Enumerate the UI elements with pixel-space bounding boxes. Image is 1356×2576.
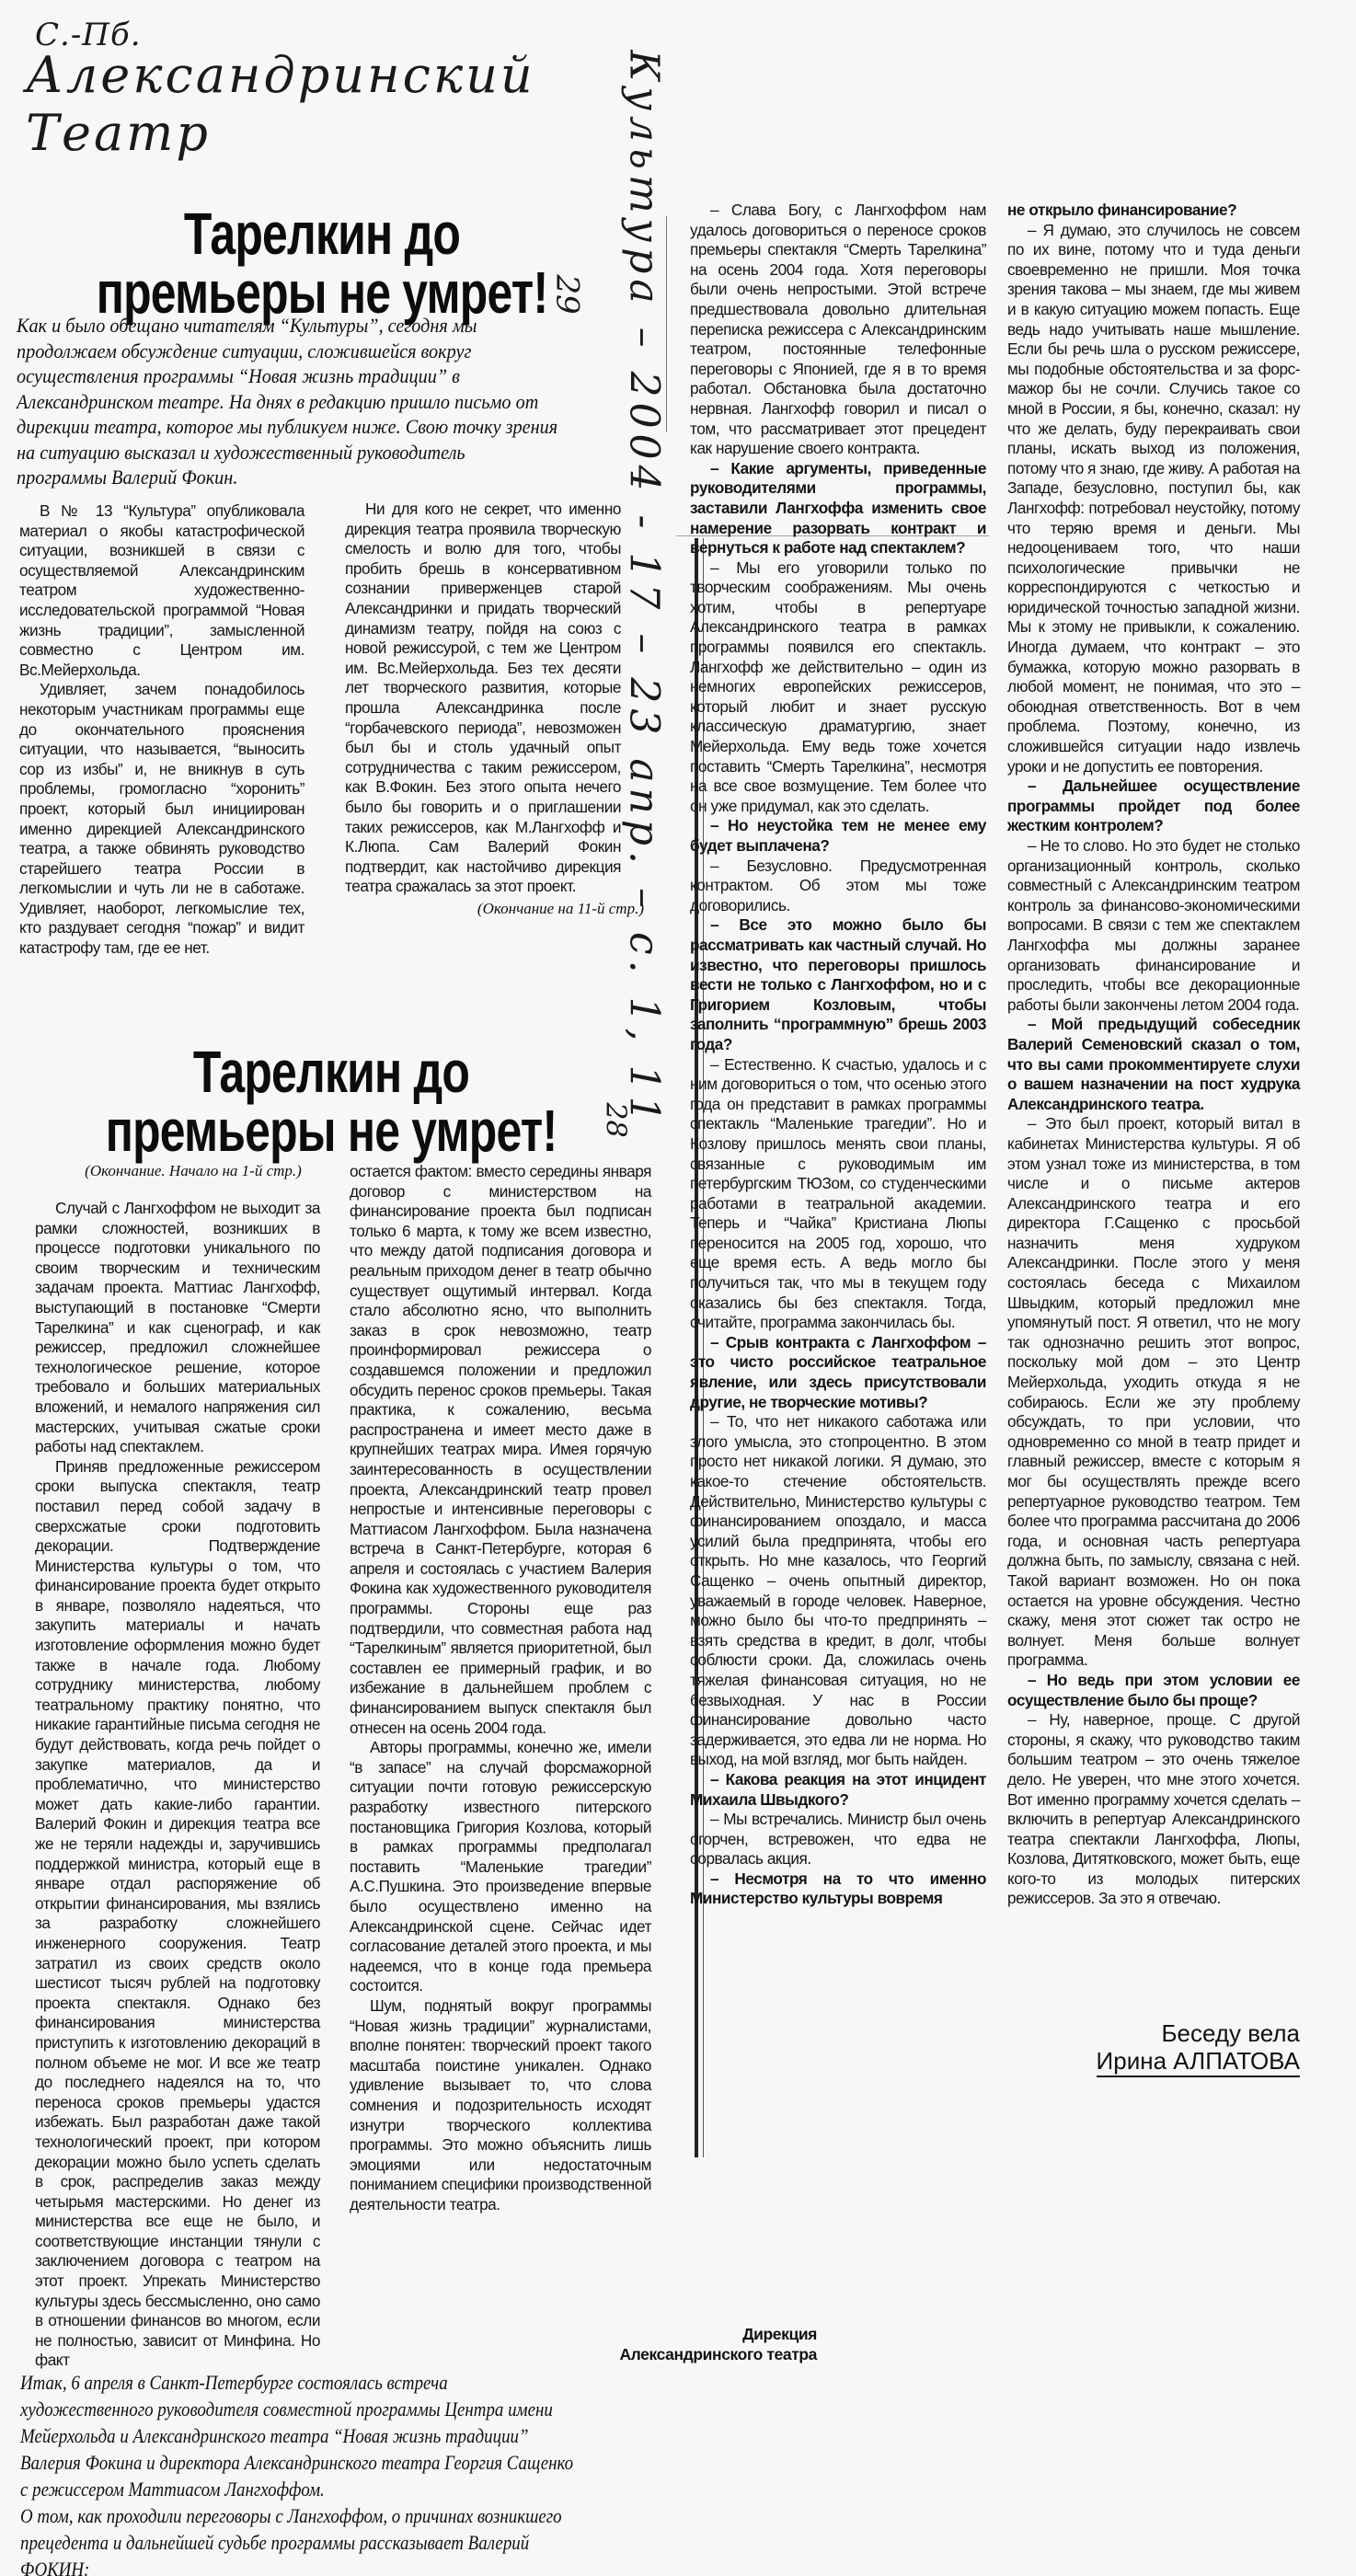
paragraph: остается фактом: вместо середины января … — [350, 1162, 651, 1738]
answer: – Мы встречались. Министр был очень огор… — [690, 1810, 986, 1869]
paragraph: Шум, поднятый вокруг программы “Новая жи… — [350, 1996, 651, 2215]
answer: – Безусловно. Предусмотренная контрактом… — [690, 857, 986, 916]
answer: – Это был проект, который витал в кабине… — [1007, 1114, 1300, 1671]
interview-byline: Беседу вела Ирина АЛПАТОВА — [1007, 2019, 1300, 2077]
paragraph: Приняв предложенные режиссером сроки вып… — [35, 1457, 320, 2371]
answer: – То, что нет никакого саботажа или злог… — [690, 1412, 986, 1770]
question: – Но неустойка тем не менее ему будет вы… — [690, 816, 986, 856]
paragraph: Удивляет, зачем понадобилось некоторым у… — [19, 680, 305, 958]
question: – Какова реакция на этот инцидент Михаил… — [690, 1770, 986, 1810]
paragraph: Авторы программы, конечно же, имели “в з… — [350, 1738, 651, 1996]
continued-column-1: Случай с Лангхоффом не выходит за рамки … — [35, 1199, 320, 2371]
interview-column-2: не открыло финансирование? – Я думаю, эт… — [1007, 201, 1300, 1909]
answer: – Ну, наверное, проще. С другой стороны,… — [1007, 1710, 1300, 1909]
handwritten-header: С.-Пб. Александринский Театр — [26, 17, 688, 162]
question: – Несмотря на то что именно Министерство… — [690, 1869, 986, 1909]
interview-column-1: – Слава Богу, с Лангхоффом нам удалось д… — [690, 201, 986, 1909]
continued-from-note: (Окончание. Начало на 1-й стр.) — [55, 1162, 331, 1180]
handwritten-theatre: Александринский Театр — [26, 46, 688, 162]
continued-column-2: остается фактом: вместо середины января … — [350, 1162, 651, 2214]
answer: – Не то слово. Но это будет не столько о… — [1007, 836, 1300, 1015]
paragraph: Ни для кого не секрет, что именно дирекц… — [345, 500, 621, 897]
question: – Дальнейшее осуществление программы про… — [1007, 776, 1300, 836]
front-column-1: В № 13 “Культура” опубликовала материал … — [19, 501, 305, 959]
intro-paragraph: О том, как проходили переговоры с Лангхо… — [20, 2502, 574, 2576]
front-column-2: Ни для кого не секрет, что именно дирекц… — [345, 500, 621, 897]
answer: – Я думаю, это случилось не совсем по их… — [1007, 221, 1300, 777]
continued-note: (Окончание на 11-й стр.) — [419, 900, 644, 918]
article-headline-continued: Тарелкин до премьеры не умрет! — [73, 1042, 590, 1160]
question: – Срыв контракта с Лангхоффом – это чист… — [690, 1333, 986, 1412]
question: – Мой предыдущий собеседник Валерий Семе… — [1007, 1015, 1300, 1114]
signature-line: Дирекция — [515, 2325, 817, 2345]
paragraph: Случай с Лангхоффом не выходит за рамки … — [35, 1199, 320, 1457]
column-divider — [666, 216, 667, 432]
question-continued: не открыло финансирование? — [1007, 201, 1300, 221]
letter-signature: Дирекция Александринского театра — [515, 2325, 817, 2364]
article-headline: Тарелкин до премьеры не умрет! — [71, 204, 573, 322]
question: – Но ведь при этом условии ее осуществле… — [1007, 1671, 1300, 1710]
question: – Какие аргументы, приведенные руководит… — [690, 459, 986, 558]
answer: – Естественно. К счастью, удалось и с ни… — [690, 1055, 986, 1333]
signature-line: Александринского театра — [515, 2345, 817, 2365]
question: – Все это можно было бы рассматривать ка… — [690, 915, 986, 1054]
handwritten-page-mark: 28 — [600, 1102, 632, 1137]
byline-label: Беседу вела — [1007, 2019, 1300, 2047]
paragraph: В № 13 “Культура” опубликовала материал … — [19, 501, 305, 680]
article-lead: Как и было обещано читателям “Культуры”,… — [17, 313, 558, 490]
handwritten-source-text: Культура – 2004 - 17 – 23 апр. – с. 1, 1… — [621, 50, 668, 1127]
interview-intro: Итак, 6 апреля в Санкт-Петербурге состоя… — [20, 2369, 574, 2576]
intro-paragraph: Итак, 6 апреля в Санкт-Петербурге состоя… — [20, 2369, 574, 2502]
answer: – Слава Богу, с Лангхоффом нам удалось д… — [690, 201, 986, 459]
answer: – Мы его уговорили только по творческим … — [690, 558, 986, 817]
byline-author: Ирина АЛПАТОВА — [1097, 2047, 1300, 2077]
